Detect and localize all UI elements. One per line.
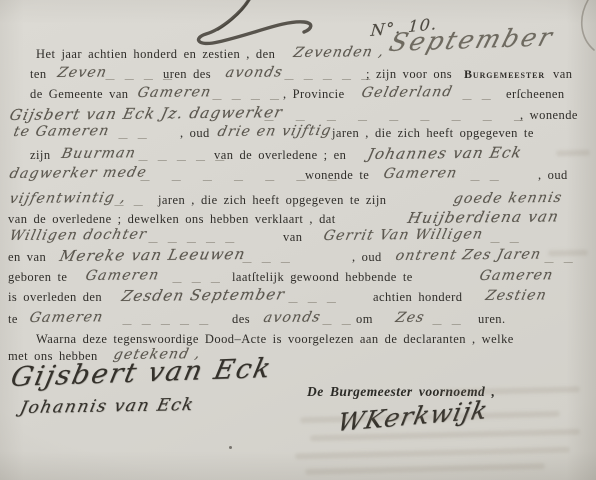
entry-declarant1-name-occupation: Gijsbert van Eck Jz. dagwerker: [8, 103, 285, 124]
fill-dashes: — —: [321, 319, 355, 330]
entry-declarant2-age: vijfentwintig ,: [8, 190, 128, 207]
print-uren-des-label: uren des: [163, 67, 211, 82]
entry-deceased-mother: Mereke van Leeuwen: [58, 245, 248, 265]
bleed-through-mark: [548, 250, 588, 257]
entry-deceased-name-2: Willigen dochter: [8, 227, 149, 244]
entry-registration-time-of-day: avonds: [224, 64, 285, 81]
fill-dashes: — — — — —: [283, 74, 374, 85]
print-te-label: te: [8, 312, 18, 327]
print-waarna-line: Waarna deze tegenswoordige Dood–Acte is …: [36, 332, 514, 347]
fill-dashes: — —: [113, 200, 147, 211]
print-before-us-label: ; zijn voor ons: [366, 67, 452, 82]
entry-deceased-name-1: Huijberdiena van: [406, 207, 561, 227]
entry-deceased-residence: Gameren: [478, 267, 555, 284]
print-van-father-label: van: [283, 230, 302, 245]
print-oud-label-2: , oud: [538, 168, 568, 183]
entry-death-hour: Zes: [394, 310, 426, 326]
print-wonende-te-label: wonende te: [305, 168, 369, 183]
entry-deceased-birthplace: Gameren: [84, 267, 161, 284]
fill-dashes: — —: [117, 133, 151, 144]
fill-dashes: — —: [431, 319, 465, 330]
print-van-label: van: [553, 67, 572, 82]
entry-declarant1-woonplaats: te Gameren: [12, 123, 111, 140]
entry-declarant2-occupation: dagwerker mede: [8, 165, 149, 182]
print-oud-label-1: , oud: [180, 126, 210, 141]
entry-deceased-father: Gerrit Van Willigen: [322, 226, 485, 244]
print-overledene-line-1: van de overledene ; en: [214, 148, 346, 163]
death-certificate-document: N°. 10. Het jaar achtien honderd en zest…: [0, 0, 596, 480]
print-jaren-line-2: jaren , die zich heeft opgegeven te zijn: [158, 193, 386, 208]
print-des-label: des: [232, 312, 250, 327]
print-zijn-label: zijn: [30, 148, 51, 163]
print-overleden-label: is overleden den: [8, 290, 102, 305]
print-declared-line: van de overledene ; dewelken ons hebben …: [8, 212, 336, 227]
fill-dashes: — — —: [287, 297, 340, 308]
entry-death-date: Zesden September: [120, 285, 287, 305]
print-year-line: Het jaar achtien honderd en zestien , de…: [36, 47, 275, 62]
print-achtien-honderd: achtien honderd: [373, 290, 462, 305]
entry-gemeente: Gameren: [136, 84, 213, 101]
print-jaren-line-1: jaren , die zich heeft opgegeven te: [332, 126, 534, 141]
entry-provincie: Gelderland: [360, 84, 454, 101]
print-burgemeester-caps: Burgemeester: [464, 67, 545, 82]
fill-dashes: — —: [461, 94, 495, 105]
bleed-through-mark: [556, 150, 590, 157]
entry-death-year: Zestien: [484, 287, 549, 304]
print-erscheenen-label: erſcheenen: [506, 87, 565, 102]
entry-registration-hour: Zeven: [56, 64, 109, 81]
print-ten-label: ten: [30, 67, 47, 82]
signature-burgemeester: WKerkwijk: [335, 395, 491, 437]
print-om-label: om: [356, 312, 373, 327]
fill-dashes: — — —: [241, 257, 294, 268]
fill-dashes: — — — — —: [121, 319, 212, 330]
entry-declarant1-age: drie en vijftig: [216, 123, 333, 140]
print-uren-label: uren.: [478, 312, 506, 327]
print-provincie-label: , Provincie: [283, 87, 345, 102]
ink-dot: [229, 446, 232, 449]
print-laatstelijk-line: laatſtelijk gewoond hebbende te: [232, 270, 413, 285]
entry-registration-month: September: [386, 22, 558, 57]
print-oud-label-3: , oud: [352, 250, 382, 265]
entry-declarant1-relation: Buurman: [60, 145, 138, 162]
print-geboren-te-label: geboren te: [8, 270, 67, 285]
entry-declarant2-woonplaats: Gameren: [382, 165, 459, 182]
bleed-through-mark: [295, 447, 570, 460]
print-wonende-label: , wonende: [520, 108, 578, 123]
entry-death-time-of-day: avonds: [262, 309, 323, 326]
entry-declarant2-relation: goede kennis: [452, 190, 564, 207]
signature-declarant-2: Johannis van Eck: [18, 395, 196, 418]
corner-pen-mark: [552, 0, 596, 62]
entry-declarant2-name: Johannes van Eck: [366, 143, 524, 163]
fill-dashes: — —: [469, 175, 503, 186]
entry-deceased-age: ontrent Zes Jaren: [394, 246, 543, 264]
bleed-through-mark: [305, 463, 545, 475]
entry-death-place: Gameren: [28, 309, 105, 326]
print-en-van-label: en van: [8, 250, 46, 265]
print-gemeente-prefix: de Gemeente van: [30, 87, 129, 102]
entry-registration-day: Zevenden ,: [292, 44, 386, 61]
